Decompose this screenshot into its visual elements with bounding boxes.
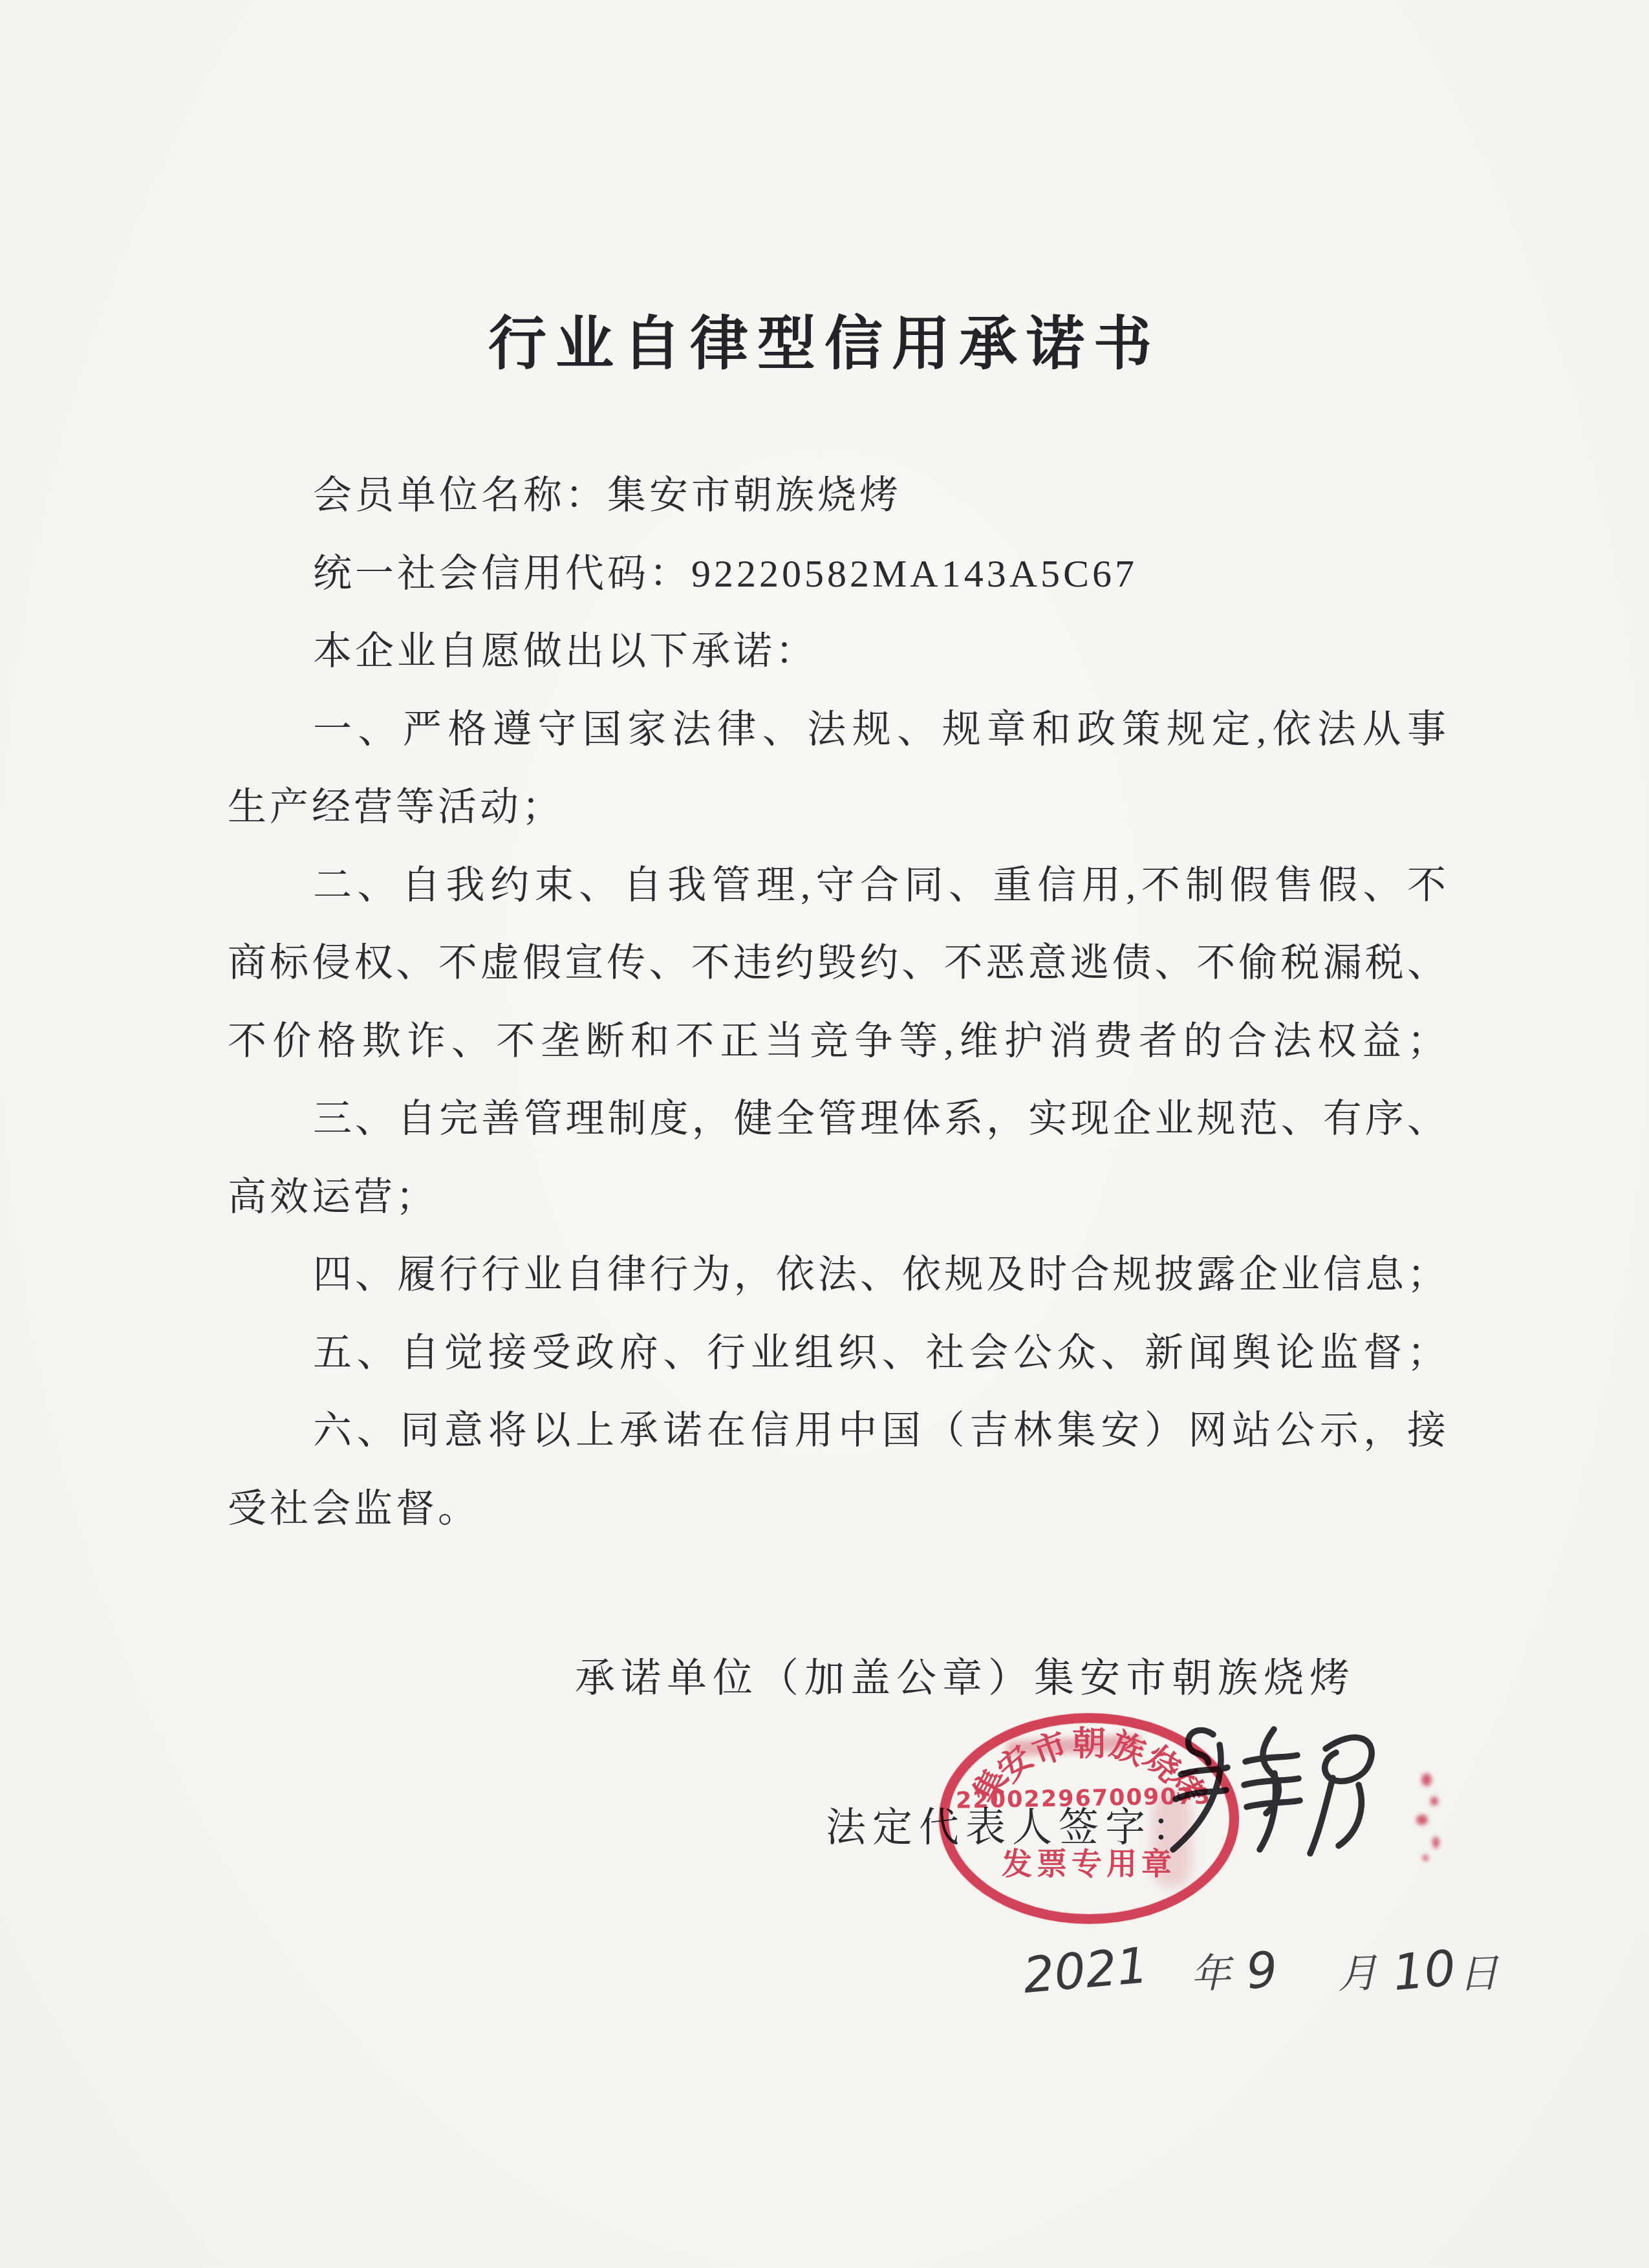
document-line: 本企业自愿做出以下承诺：	[228, 612, 1449, 691]
date-month-char: 月	[1336, 1941, 1378, 2000]
date-day-char: 日	[1457, 1941, 1499, 2000]
scanned-document-page: 行业自律型信用承诺书 会员单位名称：集安市朝族烧烤统一社会信用代码：922205…	[0, 0, 1649, 2268]
document-line: 二、自我约束、自我管理,守合同、重信用,不制假售假、不	[228, 847, 1449, 925]
date-day-value: 10	[1390, 1939, 1458, 2002]
document-line: 会员单位名称：集安市朝族烧烤	[228, 457, 1449, 535]
document-line: 不价格欺诈、不垄断和不正当竞争等,维护消费者的合法权益；	[228, 1002, 1449, 1081]
document-line: 三、自完善管理制度，健全管理体系，实现企业规范、有序、	[228, 1080, 1449, 1158]
handwritten-signature	[1163, 1722, 1386, 1870]
date-year-value: 2021	[1020, 1936, 1150, 2005]
date-year-char: 年	[1190, 1941, 1232, 2000]
document-line: 四、履行行业自律行为，依法、依规及时合规披露企业信息；	[228, 1236, 1449, 1314]
date-month-value: 9	[1244, 1940, 1280, 2000]
document-line: 统一社会信用代码：92220582MA143A5C67	[228, 535, 1449, 613]
stamp-arc-char: 朝	[1072, 1716, 1106, 1765]
document-line: 生产经营等活动；	[228, 768, 1449, 847]
document-line: 五、自觉接受政府、行业组织、社会公众、新闻舆论监督；	[228, 1314, 1449, 1392]
document-line: 受社会监督。	[228, 1470, 1449, 1548]
handwritten-date: 2021 年 9 月 10 日	[1023, 1941, 1498, 1999]
commitment-unit-line: 承诺单位（加盖公章）集安市朝族烧烤	[575, 1646, 1355, 1703]
document-line: 六、同意将以上承诺在信用中国（吉林集安）网站公示，接	[228, 1392, 1449, 1470]
document-body: 会员单位名称：集安市朝族烧烤统一社会信用代码：92220582MA143A5C6…	[228, 457, 1449, 1548]
document-line: 高效运营；	[228, 1158, 1449, 1237]
document-title: 行业自律型信用承诺书	[0, 296, 1649, 380]
document-line: 商标侵权、不虚假宣传、不违约毁约、不恶意逃债、不偷税漏税、	[228, 924, 1449, 1002]
document-line: 一、严格遵守国家法律、法规、规章和政策规定,依法从事	[228, 691, 1449, 769]
